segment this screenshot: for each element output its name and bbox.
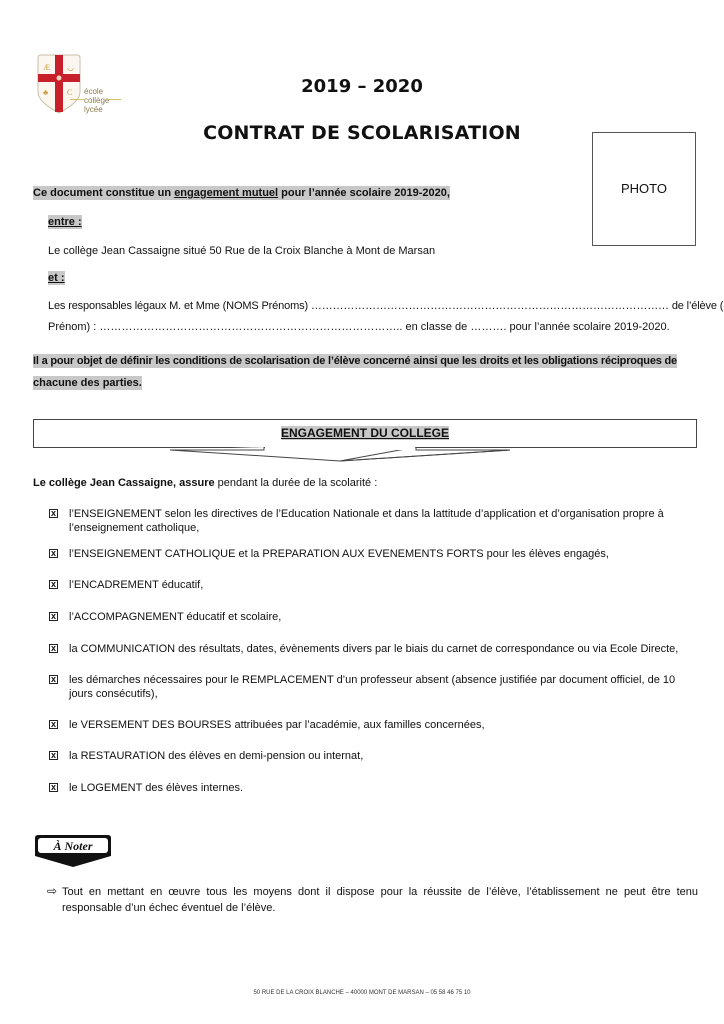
parents-line-2: Prénom) : ……………………………………………………………………….. … [48,320,670,334]
engagement-item-line: l’ENSEIGNEMENT selon les directives de l… [69,507,699,521]
engagement-item-line: la RESTAURATION des élèves en demi-pensi… [69,749,699,763]
engagement-item: le LOGEMENT des élèves internes. [69,781,699,795]
engagement-heading: ENGAGEMENT DU COLLEGE [34,426,696,440]
engagement-item: l’ENSEIGNEMENT selon les directives de l… [69,507,699,535]
checked-box-icon: x [49,644,58,653]
engagement-item: la RESTAURATION des élèves en demi-pensi… [69,749,699,763]
logo-line-college: collège [84,96,109,105]
intro-statement: Ce document constitue un engagement mutu… [33,186,450,200]
engagement-lead-bold: Le collège Jean Cassaigne, assure [33,477,215,489]
checked-box-icon: x [49,783,58,792]
svg-text:Æ: Æ [43,63,50,72]
a-noter-badge-icon: À Noter [33,834,113,868]
engagement-item: l’ENCADREMENT éducatif, [69,578,699,592]
objet-line-2: chacune des parties. [33,376,142,390]
right-arrow-icon: ⇨ [47,884,57,898]
engagement-item-line: l’ACCOMPAGNEMENT éducatif et scolaire, [69,610,699,624]
college-party: Le collège Jean Cassaigne situé 50 Rue d… [48,244,435,258]
engagement-item-line: l’enseignement catholique, [69,521,699,535]
checked-box-icon: x [49,612,58,621]
logo-line-lycee: lycée [84,105,109,114]
engagement-item-line: jours consécutifs), [69,687,699,701]
logo-divider-right [107,99,121,100]
engagement-item-line: la COMMUNICATION des résultats, dates, é… [69,642,699,656]
checked-box-icon: x [49,720,58,729]
checked-box-icon: x [49,580,58,589]
svg-text:◡: ◡ [67,63,74,72]
label-entre: entre : [48,215,82,229]
intro-text-before: Ce document constitue un [33,187,174,199]
engagement-item-line: les démarches nécessaires pour le REMPLA… [69,673,699,687]
intro-underlined: engagement mutuel [174,187,278,199]
engagement-heading-text: ENGAGEMENT DU COLLEGE [281,426,449,440]
engagement-item: l’ENSEIGNEMENT CATHOLIQUE et la PREPARAT… [69,547,699,561]
engagement-item-line: le VERSEMENT DES BOURSES attribuées par … [69,718,699,732]
checked-box-icon: x [49,675,58,684]
note-text: Tout en mettant en œuvre tous les moyens… [62,884,698,916]
checked-box-icon: x [49,509,58,518]
engagement-item-line: le LOGEMENT des élèves internes. [69,781,699,795]
engagement-item-line: l’ENSEIGNEMENT CATHOLIQUE et la PREPARAT… [69,547,699,561]
engagement-lead-rest: pendant la durée de la scolarité : [215,477,378,489]
checked-box-icon: x [49,751,58,760]
engagement-heading-box: ENGAGEMENT DU COLLEGE [33,419,697,448]
engagement-item: l’ACCOMPAGNEMENT éducatif et scolaire, [69,610,699,624]
photo-label: PHOTO [593,181,695,196]
checked-box-icon: x [49,549,58,558]
engagement-item: les démarches nécessaires pour le REMPLA… [69,673,699,701]
objet-line-1: Il a pour objet de définir les condition… [33,354,677,368]
school-year-title: 2019 – 2020 [0,76,724,97]
logo-divider-left [70,99,84,100]
intro-text-after: pour l’année scolaire 2019-2020, [278,187,450,199]
engagement-item-line: l’ENCADREMENT éducatif, [69,578,699,592]
svg-text:À Noter: À Noter [53,839,93,853]
engagement-item: la COMMUNICATION des résultats, dates, é… [69,642,699,656]
engagement-item: le VERSEMENT DES BOURSES attribuées par … [69,718,699,732]
down-arrow-icon [170,447,510,463]
photo-placeholder: PHOTO [592,132,696,246]
footer-address: 50 RUE DE LA CROIX BLANCHE – 40000 MONT … [0,990,724,996]
label-et: et : [48,271,65,285]
engagement-lead: Le collège Jean Cassaigne, assure pendan… [33,476,377,490]
parents-line-1: Les responsables légaux M. et Mme (NOMS … [48,299,724,313]
